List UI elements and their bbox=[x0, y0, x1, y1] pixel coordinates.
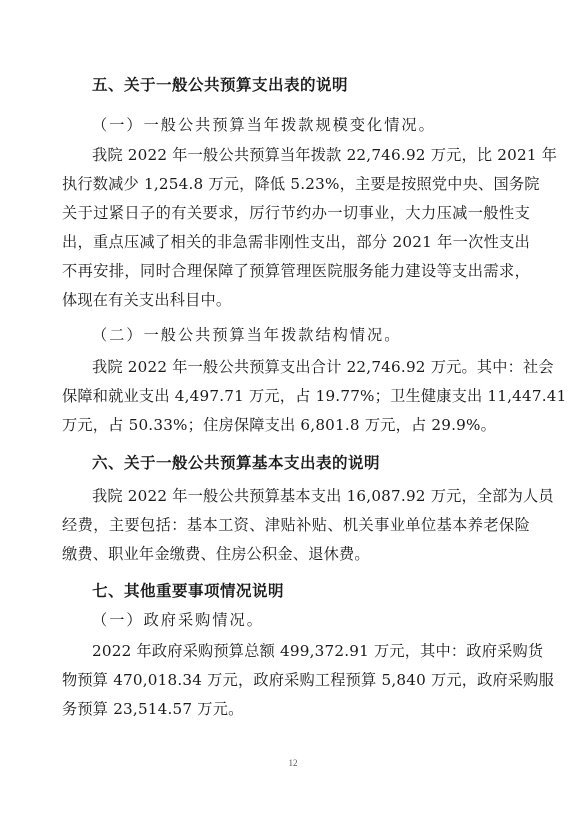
paragraph-line: 2022 年政府采购预算总额 499,372.91 万元，其中：政府采购货 bbox=[92, 640, 530, 662]
paragraph-line: 我院 2022 年一般公共预算基本支出 16,087.92 万元，全部为人员 bbox=[92, 485, 530, 507]
subsection-title-5-1: （一）一般公共预算当年拨款规模变化情况。 bbox=[92, 114, 530, 136]
paragraph-line: 物预算 470,018.34 万元，政府采购工程预算 5,840 万元，政府采购… bbox=[62, 669, 530, 691]
paragraph-line: 万元，占 50.33%；住房保障支出 6,801.8 万元，占 29.9%。 bbox=[62, 414, 530, 436]
paragraph-line: 体现在有关支出科目中。 bbox=[62, 289, 530, 311]
paragraph-line: 出，重点压减了相关的非急需非刚性支出，部分 2021 年一次性支出 bbox=[62, 231, 530, 253]
paragraph-line: 保障和就业支出 4,497.71 万元，占 19.77%；卫生健康支出 11,4… bbox=[62, 385, 530, 407]
paragraph-line: 我院 2022 年一般公共预算支出合计 22,746.92 万元。其中：社会 bbox=[92, 356, 530, 378]
paragraph-line: 缴费、职业年金缴费、住房公积金、退休费。 bbox=[62, 543, 530, 565]
document-page: 五、关于一般公共预算支出表的说明 （一）一般公共预算当年拨款规模变化情况。 我院… bbox=[0, 0, 587, 826]
paragraph-line: 不再安排，同时合理保障了预算管理医院服务能力建设等支出需求， bbox=[62, 260, 530, 282]
subsection-title-5-2: （二）一般公共预算当年拨款结构情况。 bbox=[92, 324, 530, 346]
page-number: 12 bbox=[283, 758, 303, 768]
section-heading-7: 七、其他重要事项情况说明 bbox=[92, 580, 530, 602]
paragraph-line: 执行数减少 1,254.8 万元，降低 5.23%，主要是按照党中央、国务院 bbox=[62, 173, 530, 195]
paragraph-line: 经费，主要包括：基本工资、津贴补贴、机关事业单位基本养老保险 bbox=[62, 514, 530, 536]
paragraph-line: 我院 2022 年一般公共预算当年拨款 22,746.92 万元，比 2021 … bbox=[92, 144, 530, 166]
section-heading-6: 六、关于一般公共预算基本支出表的说明 bbox=[92, 452, 530, 474]
paragraph-line: 关于过紧日子的有关要求，厉行节约办一切事业，大力压减一般性支 bbox=[62, 202, 530, 224]
subsection-title-7-1: （一）政府采购情况。 bbox=[92, 609, 530, 631]
section-heading-5: 五、关于一般公共预算支出表的说明 bbox=[92, 74, 530, 96]
paragraph-line: 务预算 23,514.57 万元。 bbox=[62, 698, 530, 720]
